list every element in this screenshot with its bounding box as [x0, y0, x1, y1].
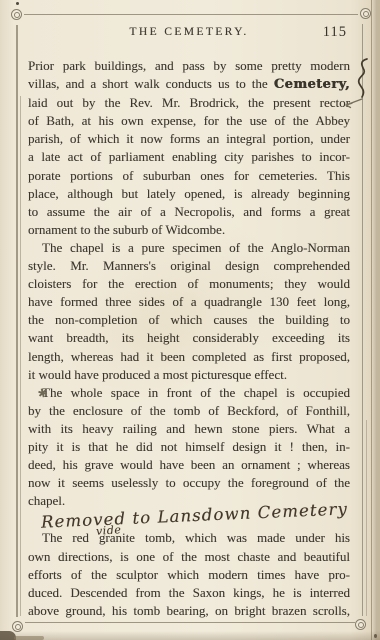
text-line: Prior park buildings, and pass by some p… — [28, 57, 350, 75]
text-line: have formed three sides of a quadrangle … — [28, 293, 350, 311]
border-rule-left — [16, 25, 18, 617]
handwritten-note: Removed to Lansdown Cemeteryvide — [28, 510, 348, 529]
border-rule-left-inner — [20, 96, 21, 616]
text-line: efforts of the sculptor which modern tim… — [28, 566, 350, 584]
text-line: to assume the air of a Necropolis, and f… — [28, 203, 350, 221]
text-line: parish, of which it now forms an integra… — [28, 130, 350, 148]
running-title: THE CEMETERY. — [28, 26, 350, 38]
text-line: above ground, his tomb bearing, on brigh… — [28, 602, 350, 620]
text-line: length, whereas had it been completed as… — [28, 348, 350, 366]
ink-speck — [16, 2, 19, 5]
text-line: by the enclosure of the tomb of Beckford… — [28, 402, 350, 420]
border-rule-right-inner — [366, 420, 367, 616]
text-line: The red granite tomb, which was made und… — [28, 529, 350, 547]
page-number: 115 — [323, 24, 347, 41]
text-line: a late act of parliament enabling city p… — [28, 148, 350, 166]
page-edge-shadow — [371, 0, 380, 640]
text-line: villas, and a short walk conducts us to … — [28, 75, 350, 94]
text-line: The chapel is a pure specimen of the Ang… — [28, 239, 350, 257]
book-page: THE CEMETERY. 115 Prior park buildings, … — [0, 0, 380, 640]
text-line: want breadth, its height considerably ex… — [28, 329, 350, 347]
handwritten-note-text: Removed to Lansdown Cemetery — [41, 501, 349, 532]
text-line: ornament to the suburb of Widcombe. — [28, 221, 350, 239]
text-line: place, although but lately opened, is al… — [28, 185, 350, 203]
text-line: pity it is that he did not himself desig… — [28, 438, 350, 456]
edge-blotch — [14, 636, 44, 640]
text-line: deed, his grave would have been an ornam… — [28, 456, 350, 474]
text-line: style. Mr. Manners's original design com… — [28, 257, 350, 275]
text-line: it would have produced a most picturesqu… — [28, 366, 350, 384]
text-line: of Bath, at his own expense, for the use… — [28, 112, 350, 130]
text-line: with its heavy railing and hewn stone pi… — [28, 420, 350, 438]
text-line: now it seems uselessly to occupy the for… — [28, 474, 350, 492]
ink-speck — [374, 634, 377, 638]
text-line: porate portions of suburban ones for cem… — [28, 167, 350, 185]
border-rule-top — [24, 14, 358, 15]
text-line: own directions, is one of the most chast… — [28, 548, 350, 566]
text-line: duced. Descended from the Saxon kings, h… — [28, 584, 350, 602]
corner-ornament-icon — [355, 619, 366, 630]
running-header: THE CEMETERY. 115 — [28, 26, 350, 44]
margin-arrow-mark-icon — [343, 96, 363, 114]
blackletter-word: Cemetery, — [274, 77, 350, 92]
text-line: the non-completion of which causes the b… — [28, 311, 350, 329]
text-line: The whole space in front of the chapel i… — [28, 384, 350, 402]
corner-ornament-icon — [360, 8, 371, 19]
text-line: laid out by the Rev. Mr. Brodrick, the p… — [28, 94, 350, 112]
text-line: cloisters for the erection of monuments;… — [28, 275, 350, 293]
page-edge-shadow — [0, 631, 380, 640]
border-rule-bottom — [25, 622, 355, 623]
text-line: chapel.Removed to Lansdown Cemeteryvide — [28, 492, 350, 529]
body-text: Prior park buildings, and pass by some p… — [28, 57, 350, 620]
corner-ornament-icon — [11, 9, 22, 20]
